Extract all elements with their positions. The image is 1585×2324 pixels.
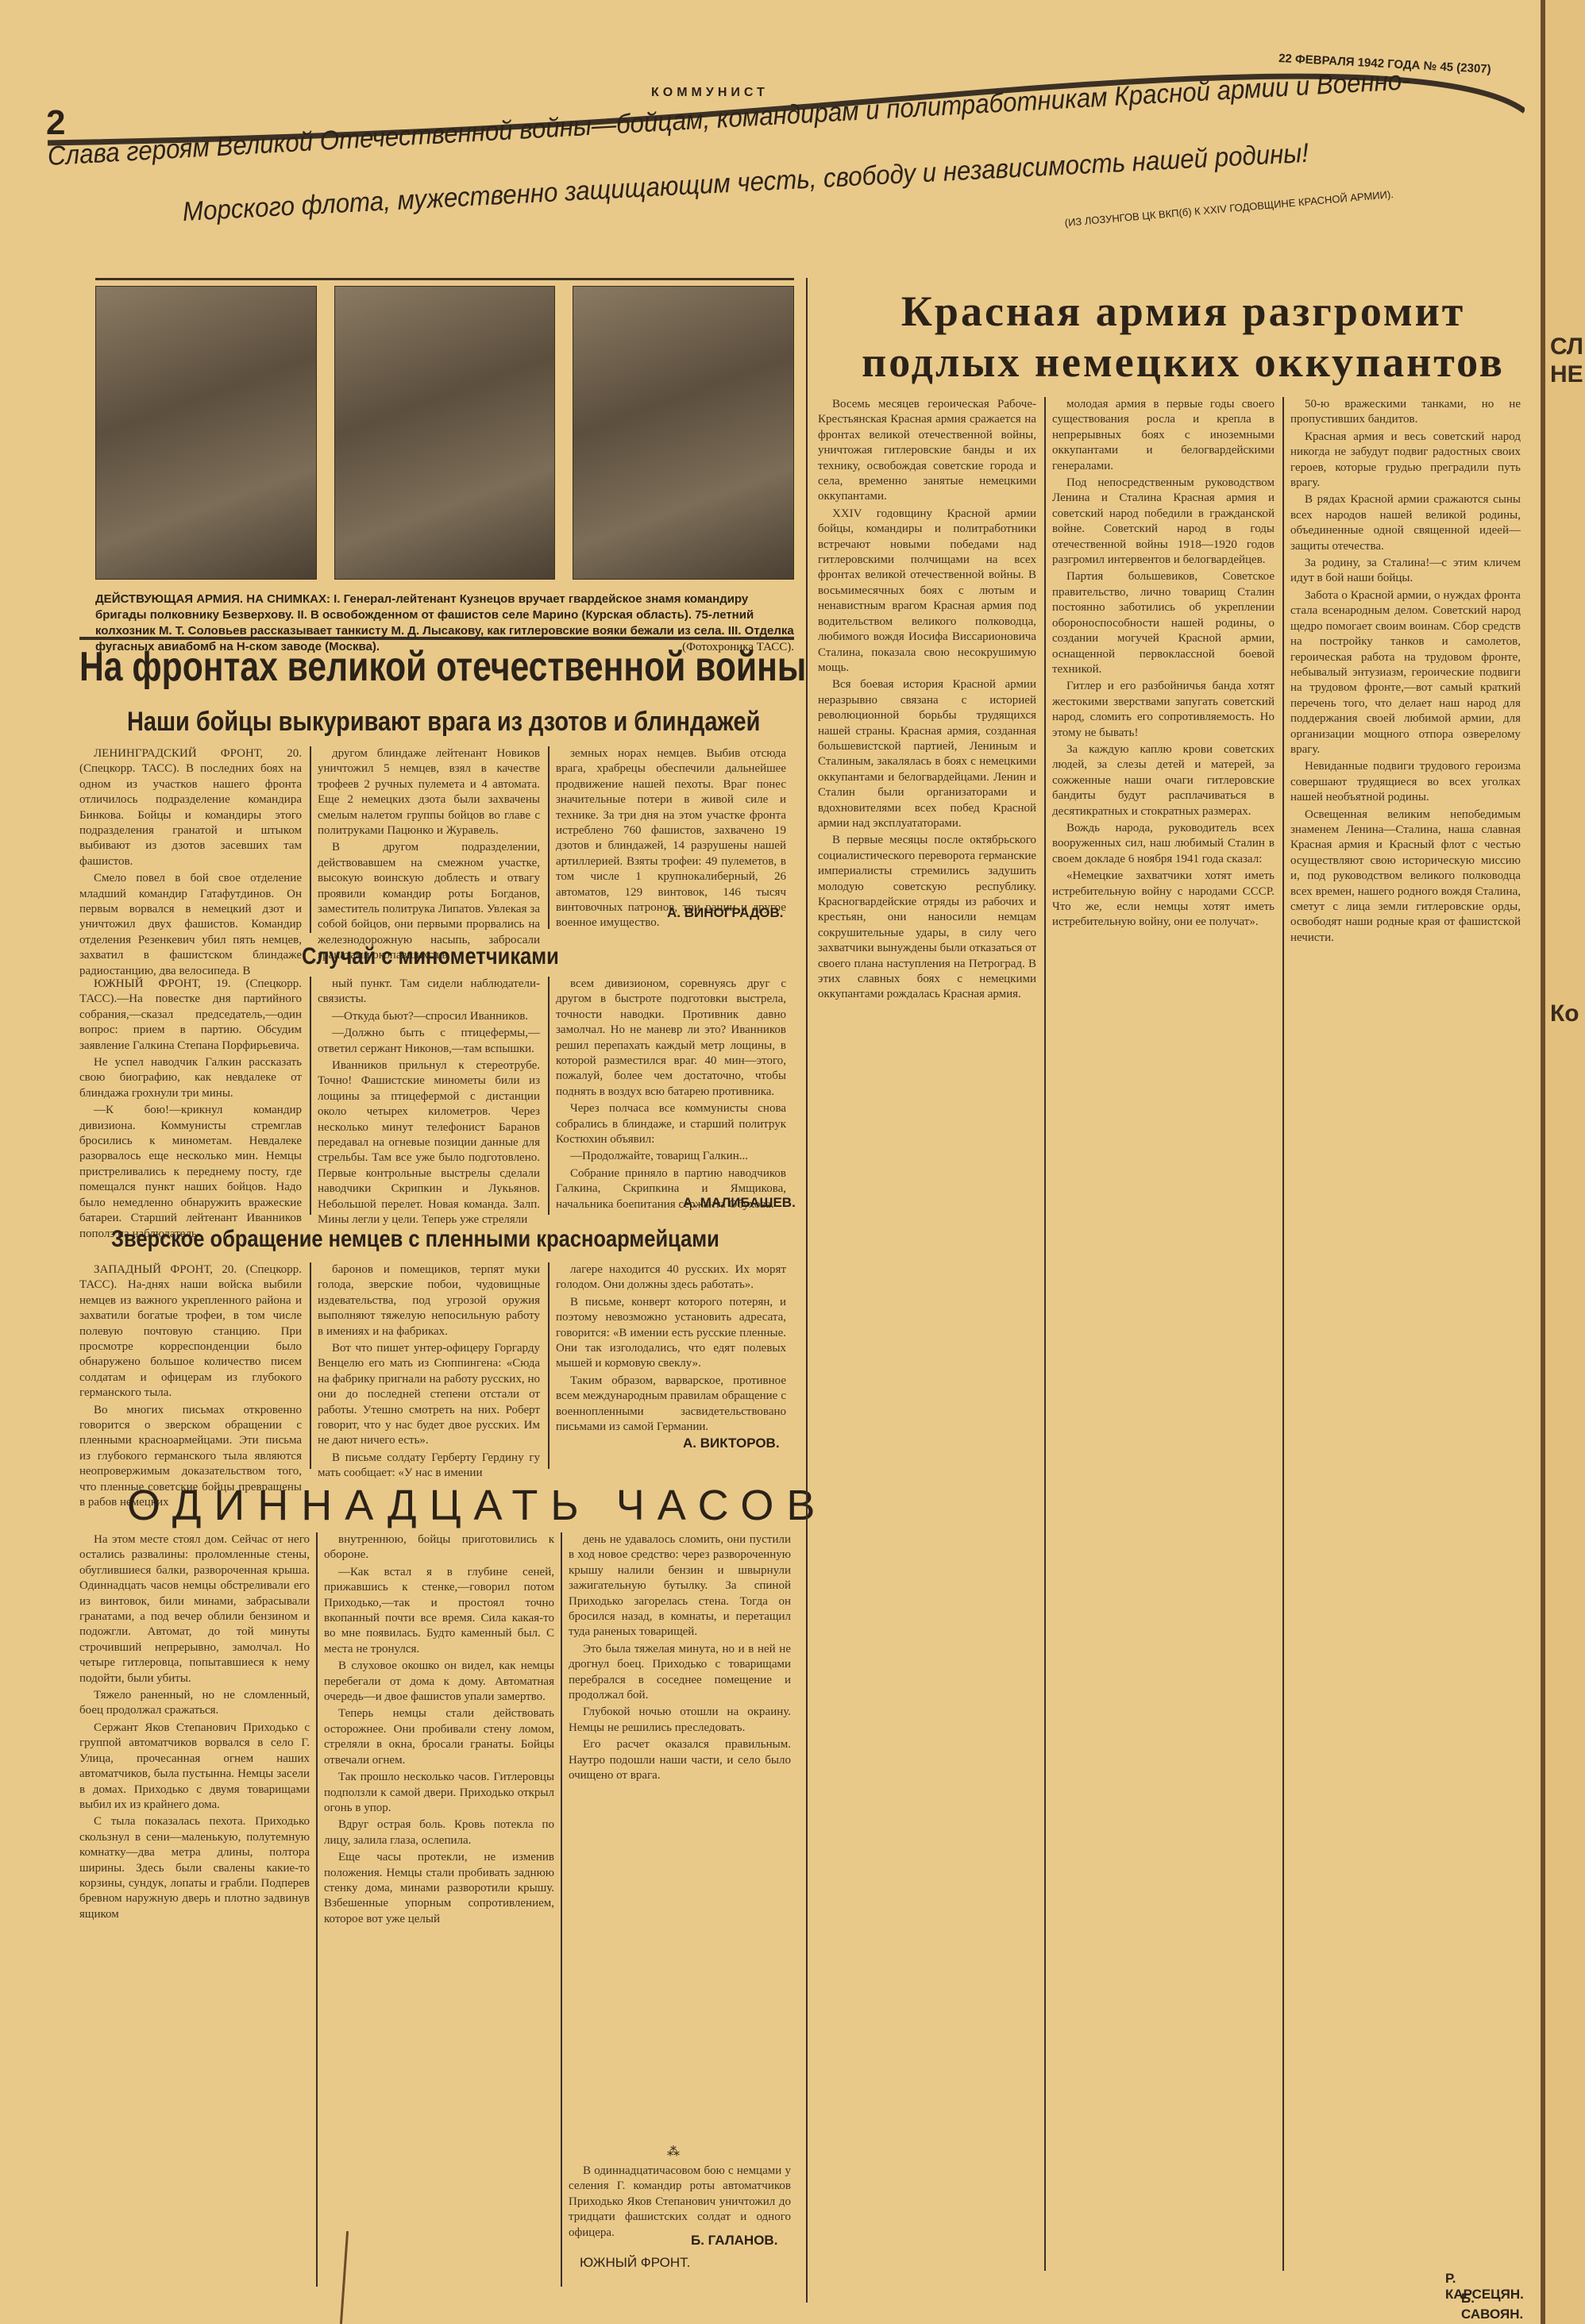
column-rule xyxy=(548,977,550,1215)
column-rule xyxy=(1044,397,1046,2271)
article-title: ОДИННАДЦАТЬ ЧАСОВ xyxy=(127,1481,827,1530)
editorial-title: Красная армия разгромит подлых немецких … xyxy=(850,286,1517,387)
article-epilogue: В одиннадцатичасовом бою с немцами у сел… xyxy=(569,2164,791,2242)
column-rule xyxy=(1282,397,1284,2271)
adjacent-heading-fragment: НЕ xyxy=(1550,361,1583,388)
article-column: лагере находится 40 русских. Их морят го… xyxy=(556,1262,786,1436)
byline: Б. САВОЯН. xyxy=(1461,2291,1525,2322)
editorial-column: Восемь месяцев героическая Рабоче-Кресть… xyxy=(818,397,1036,1004)
section-heading: На фронтах великой отечественной войны xyxy=(79,643,806,691)
article-column: внутреннюю, бойцы приготовились к оборон… xyxy=(324,1532,554,1929)
section-rule xyxy=(79,637,794,640)
adjacent-heading-fragment: СЛ xyxy=(1550,333,1583,360)
byline: А. ВИНОГРАДОВ. xyxy=(667,905,783,921)
column-rule xyxy=(310,977,311,1215)
column-rule xyxy=(310,746,311,933)
column-rule xyxy=(561,1532,562,2287)
editorial-column: 50-ю вражескими танками, но не пропустив… xyxy=(1290,397,1521,947)
article-column: ЮЖНЫЙ ФРОНТ, 19. (Спецкорр. ТАСС).—На по… xyxy=(79,977,302,1243)
article-column: ЛЕНИНГРАДСКИЙ ФРОНТ, 20. (Спецкорр. ТАСС… xyxy=(79,746,302,981)
adjacent-heading-fragment: Ко xyxy=(1550,1000,1579,1027)
byline: А. ВИКТОРОВ. xyxy=(683,1436,780,1451)
byline: А. МАЛИБАШЕВ. xyxy=(683,1195,796,1211)
article-column: всем дивизионом, соревнуясь друг с друго… xyxy=(556,977,786,1214)
adjacent-page-edge: СЛ НЕ Ко xyxy=(1541,0,1585,2324)
dateline-south-front: ЮЖНЫЙ ФРОНТ. xyxy=(580,2255,690,2271)
article-title: Зверское обращение немцев с пленными кра… xyxy=(111,1226,719,1253)
article-column: баронов и помещиков, терпят муки голода,… xyxy=(318,1262,540,1483)
page-divider xyxy=(806,278,808,2303)
ornament-divider: ⁂ xyxy=(667,2144,680,2160)
newspaper-name: КОММУНИСТ xyxy=(651,86,769,100)
section-rule xyxy=(95,278,794,280)
photo-aerial-bombs xyxy=(573,286,794,580)
byline: Б. ГАЛАНОВ. xyxy=(691,2233,777,2249)
column-rule xyxy=(310,1262,311,1469)
newspaper-page: 2 КОММУНИСТ 22 ФЕВРАЛЯ 1942 ГОДА № 45 (2… xyxy=(32,48,1525,2303)
slogan-source: (ИЗ ЛОЗУНГОВ ЦК ВКП(б) К XXIV ГОДОВЩИНЕ … xyxy=(1064,188,1394,229)
article-column: другом блиндаже лейтенант Новиков уничто… xyxy=(318,746,540,965)
article-column: На этом месте стоял дом. Сейчас от него … xyxy=(79,1532,310,1924)
photo-village-marino xyxy=(334,286,556,580)
column-rule xyxy=(316,1532,318,2287)
column-rule xyxy=(548,746,550,929)
photo-strip xyxy=(95,286,794,580)
article-column: день не удавалось сломить, они пустили в… xyxy=(569,1532,791,1786)
photo-flag-presentation xyxy=(95,286,317,580)
article-title: Наши бойцы выкуривают врага из дзотов и … xyxy=(127,707,760,738)
article-title: Случай с минометчиками xyxy=(302,943,559,970)
page-number: 2 xyxy=(46,103,65,143)
article-column: ный пункт. Там сидели наблюдатели-связис… xyxy=(318,977,540,1230)
column-rule xyxy=(548,1262,550,1469)
article-column: ЗАПАДНЫЙ ФРОНТ, 20. (Спецкорр. ТАСС). На… xyxy=(79,1262,302,1513)
editorial-column: молодая армия в первые годы своего сущес… xyxy=(1052,397,1275,932)
